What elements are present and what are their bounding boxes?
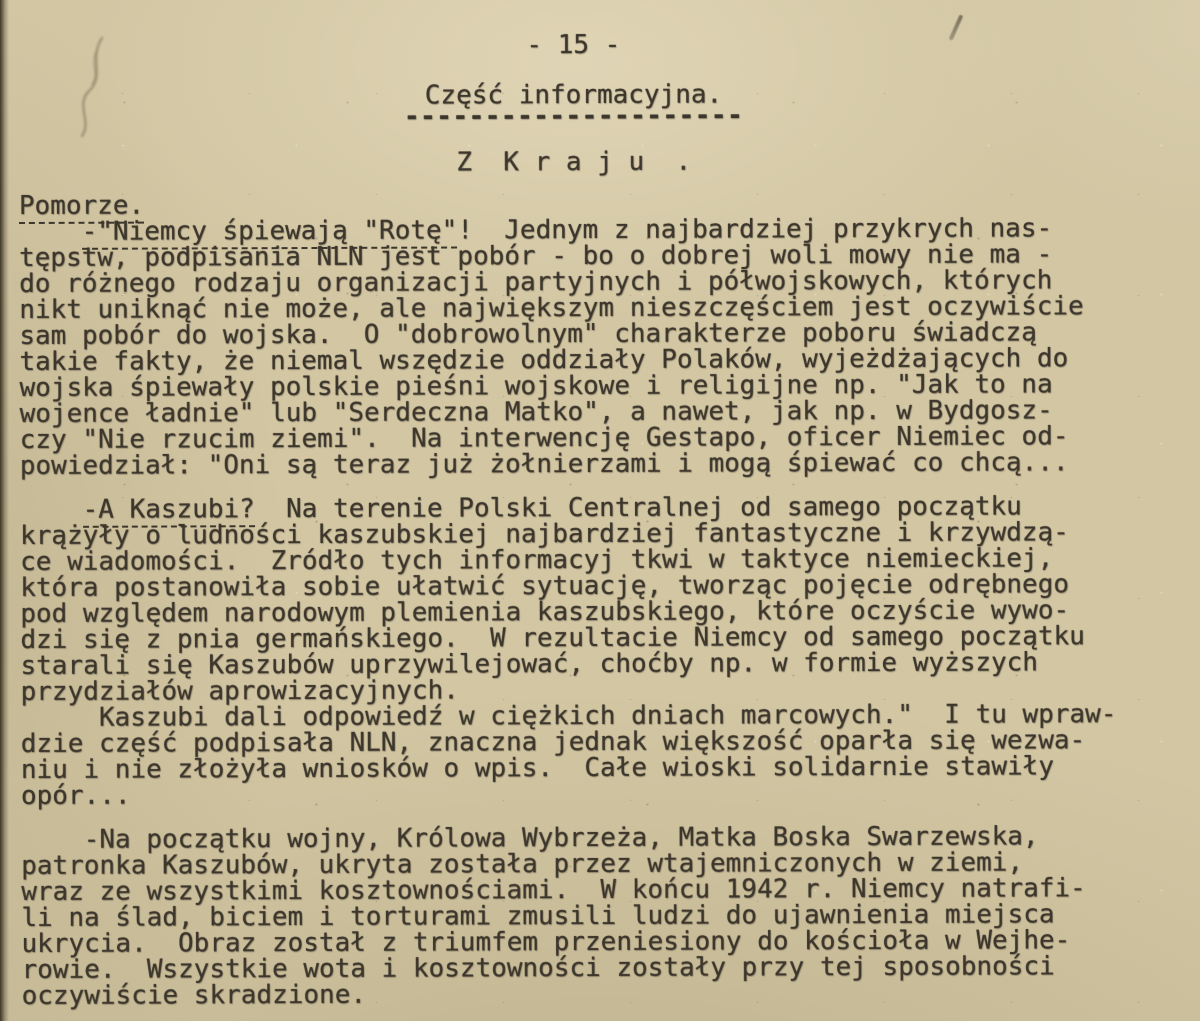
document-header: - 15 - Część informacyjna. -------------…	[0, 0, 1174, 177]
paragraph: -A Kaszubi? Na terenie Polski Centralnej…	[20, 493, 1200, 705]
text-line: powiedział: "Oni są teraz już żołnierzam…	[20, 449, 1200, 479]
paragraph: -Na początku wojny, Królowa Wybrzeża, Ma…	[21, 823, 1200, 1009]
text-line: oczywiście skradzione.	[22, 979, 1200, 1009]
text-line: rowie. Wszystkie wota i kosztowności zos…	[22, 953, 1200, 983]
subsection-title: Z K r a j u .	[0, 147, 1174, 177]
paragraph: Kaszubi dali odpowiedź w ciężkich dniach…	[21, 701, 1200, 809]
text-line: niu i nie złożyła wniosków o wpis. Całe …	[21, 753, 1200, 783]
section-title-underline: ---------------------	[0, 103, 1174, 129]
document-content: - 15 - Część informacyjna. -------------…	[0, 0, 1200, 1021]
paragraph: -"Niemcy śpiewają "Rotę"! Jednym z najba…	[19, 215, 1200, 479]
document-body: Pomorze. -"Niemcy śpiewają "Rotę"! Jedny…	[0, 189, 1200, 1009]
text-line: starali się Kaszubów uprzywilejować, cho…	[20, 649, 1200, 679]
scanned-document-page: - 15 - Część informacyjna. -------------…	[0, 0, 1200, 1021]
body-paragraphs: -"Niemcy śpiewają "Rotę"! Jednym z najba…	[19, 215, 1200, 1009]
page-number: - 15 -	[0, 30, 1173, 60]
